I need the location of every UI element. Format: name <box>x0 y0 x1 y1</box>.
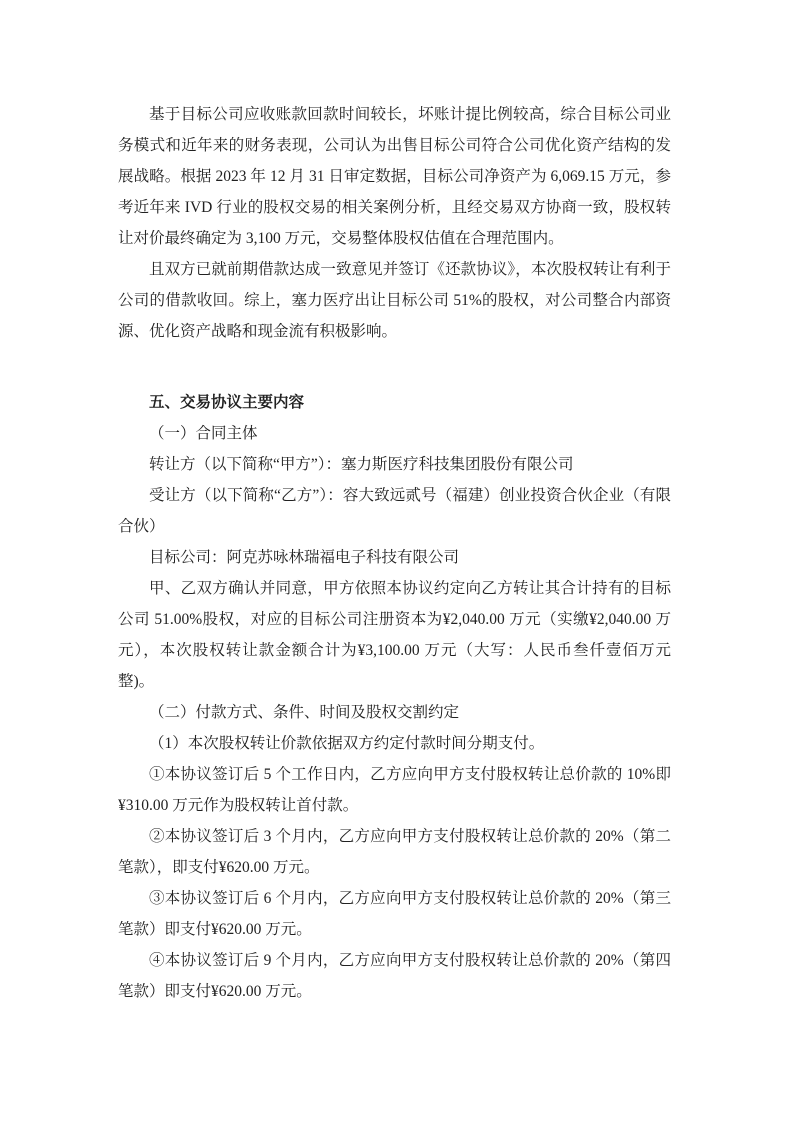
document-page: 基于目标公司应收账款回款时间较长，坏账计提比例较高，综合目标公司业务模式和近年来… <box>0 0 793 1122</box>
paragraph: 转让方（以下简称“甲方”）：塞力斯医疗科技集团股份有限公司 <box>118 449 671 480</box>
paragraph: （二）付款方式、条件、时间及股权交割约定 <box>118 697 671 728</box>
paragraph: ②本协议签订后 3 个月内，乙方应向甲方支付股权转让总价款的 20%（第二笔款）… <box>118 821 671 883</box>
paragraph: （1）本次股权转让价款依据双方约定付款时间分期支付。 <box>118 728 671 759</box>
paragraph: 甲、乙双方确认并同意，甲方依照本协议约定向乙方转让其合计持有的目标公司 51.0… <box>118 573 671 697</box>
paragraph: 且双方已就前期借款达成一致意见并签订《还款协议》，本次股权转让有利于公司的借款收… <box>118 254 671 347</box>
paragraph: 受让方（以下简称“乙方”）：容大致远贰号（福建）创业投资合伙企业（有限合伙） <box>118 480 671 542</box>
section-heading: 五、交易协议主要内容 <box>118 387 671 418</box>
paragraph: 目标公司：阿克苏咏林瑞福电子科技有限公司 <box>118 542 671 573</box>
paragraph: ①本协议签订后 5 个工作日内，乙方应向甲方支付股权转让总价款的 10%即¥31… <box>118 759 671 821</box>
paragraph: （一）合同主体 <box>118 418 671 449</box>
paragraph: ③本协议签订后 6 个月内，乙方应向甲方支付股权转让总价款的 20%（第三笔款）… <box>118 883 671 945</box>
page-content: 基于目标公司应收账款回款时间较长，坏账计提比例较高，综合目标公司业务模式和近年来… <box>118 99 671 1007</box>
paragraph: 基于目标公司应收账款回款时间较长，坏账计提比例较高，综合目标公司业务模式和近年来… <box>118 99 671 254</box>
paragraph: ④本协议签订后 9 个月内，乙方应向甲方支付股权转让总价款的 20%（第四笔款）… <box>118 945 671 1007</box>
